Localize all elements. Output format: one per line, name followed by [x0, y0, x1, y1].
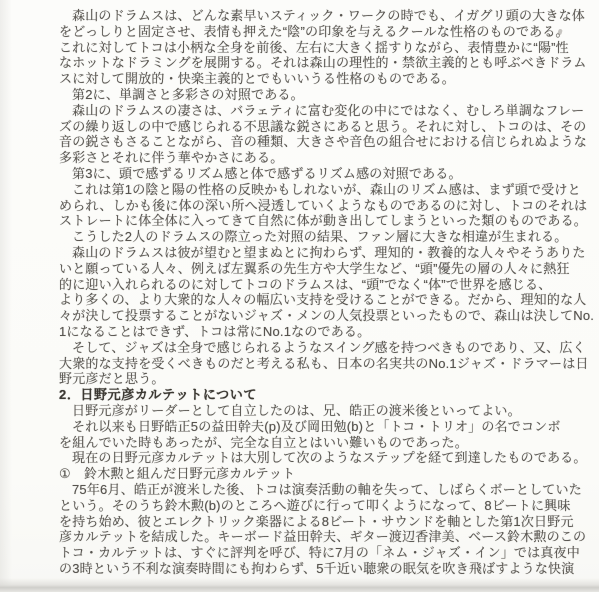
text-line: ストレートに体全体に入ってきて自然に体が動き出してしまうといった類のものである。	[59, 213, 587, 229]
text-line: これは第1の陰と陽の性格の反映かもしれないが、森山のリズム感は、まず頭で受けと	[59, 182, 587, 198]
text-line: という。そのうち鈴木勲(b)のところへ遊びに行って叩くようになって、8ビートに興…	[59, 498, 587, 514]
text-line: 森山のドラムスは、どんな素早いスティック・ワークの時でも、イガグリ頭の大きな体	[59, 8, 587, 24]
text-line: これに対してトコは小柄な全身を前後、左右に大きく揺すりながら、表情豊かに“陽”性	[59, 40, 587, 56]
text-line: 大衆的な支持を受くべきものだと考える私も、日本の名実共のNo.1ジャズ・ドラマー…	[59, 356, 587, 372]
text-line: 野元彦だと思う。	[59, 371, 587, 387]
text-line: ズの繰り返しの中で感じられる不思議な鋭さにあると思う。それに対し、トコのは、その	[59, 119, 587, 135]
text-line: スに対して開放的・快楽主義的とでもいいうる性格のものである。	[59, 71, 587, 87]
text-line: いと願っている人々、例えば左翼系の先生方や大学生など、“頭”優先の層の人々に熱狂	[59, 261, 587, 277]
page-bottom-edge-shadow	[0, 578, 599, 592]
text-line: 第3に、頭で感ずるリズム感と体で感ずるリズム感の対照である。	[59, 166, 587, 182]
text-line: 々が決して投票することがないジャズ・メンの人気投票といったもので、森山は決してN…	[59, 308, 587, 324]
text-line: 第2に、単調さと多彩さの対照である。	[59, 87, 587, 103]
text-line: 多彩さとそれに伴う華やかさにある。	[59, 150, 587, 166]
text-line: 1になることはできず、トコは常にNo.1なのである。	[59, 324, 587, 340]
text-line: を組んでいた時もあったが、完全な自立とはいい難いものであった。	[59, 435, 587, 451]
text-line: 森山のドラムスは彼が望むと望まぬとに拘わらず、理知的・教養的な人々やそうありた	[59, 245, 587, 261]
text-line: こうした2人のドラムスの際立った対照の結果、ファン層に大きな相違が生まれる。	[59, 229, 587, 245]
text-line: なホットなドラミングを展開する。それは森山の理性的・禁欲主義的とも呼ぶべきドラム	[59, 55, 587, 71]
text-line: められ、しかも後に体の深い所へ浸透していくようなものであるのに対し、トコのそれは	[59, 198, 587, 214]
text-line: の3時という不利な演奏時間にも拘わらず、5千近い聴衆の眠気を吹き飛ばすような快演	[59, 561, 587, 577]
text-line: トコ・カルテットは、すぐに評判を呼び、特に7月の「ネム・ジャズ・イン」では真夜中	[59, 545, 587, 561]
text-line: 現在の日野元彦カルテットは大別して次のようなステップを経て到達したものである。	[59, 450, 587, 466]
scanned-document-page: 森山のドラムスは、どんな素早いスティック・ワークの時でも、イガグリ頭の大きな体を…	[0, 0, 599, 592]
text-line: 森山のドラムスの凄さは、バラェティに富む変化の中にではなく、むしろ単調なフレー	[59, 103, 587, 119]
document-text-block: 森山のドラムスは、どんな素早いスティック・ワークの時でも、イガグリ頭の大きな体を…	[59, 8, 587, 577]
text-line: 彦カルテットを結成した。キーボード益田幹夫、ギター渡辺香津美、ベース鈴木勲のこの	[59, 529, 587, 545]
text-line: より多くの、より大衆的な人々の幅広い支持を受けることができる。だから、理知的な人	[59, 292, 587, 308]
text-line: 75年6月、皓正が渡米した後、トコは演奏活動の軸を失って、しばらくボーとしていた	[59, 482, 587, 498]
text-line: それ以来も日野皓正5の益田幹夫(p)及び岡田勉(b)と「トコ・トリオ」の名でコン…	[59, 419, 587, 435]
section-heading: 2．日野元彦カルテットについて	[59, 387, 587, 403]
text-line: ① 鈴木勲と組んだ日野元彦カルテット	[59, 466, 587, 482]
text-line: 音の鋭さもさることながら、音の種類、大きさや音色の組合せにおける信じられぬような	[59, 134, 587, 150]
text-line: をどっしりと固定させ、表情も押えた“陰”の印象を与えるクールな性格のものである。	[59, 24, 587, 40]
text-line: そして、ジャズは全身で感じられるようなスイング感を持つべきものであり、又、広く	[59, 340, 587, 356]
text-line: 的に迎い入れられるのに対してトコのドラムスは、“頭”でなく“体”で世界を感じる、	[59, 277, 587, 293]
text-line: 日野元彦がリーダーとして自立したのは、兄、皓正の渡米後といってよい。	[59, 403, 587, 419]
text-line: を持ち始め、彼とエレクトリック楽器による8ビート・サウンドを軸とした第1次日野元	[59, 514, 587, 530]
